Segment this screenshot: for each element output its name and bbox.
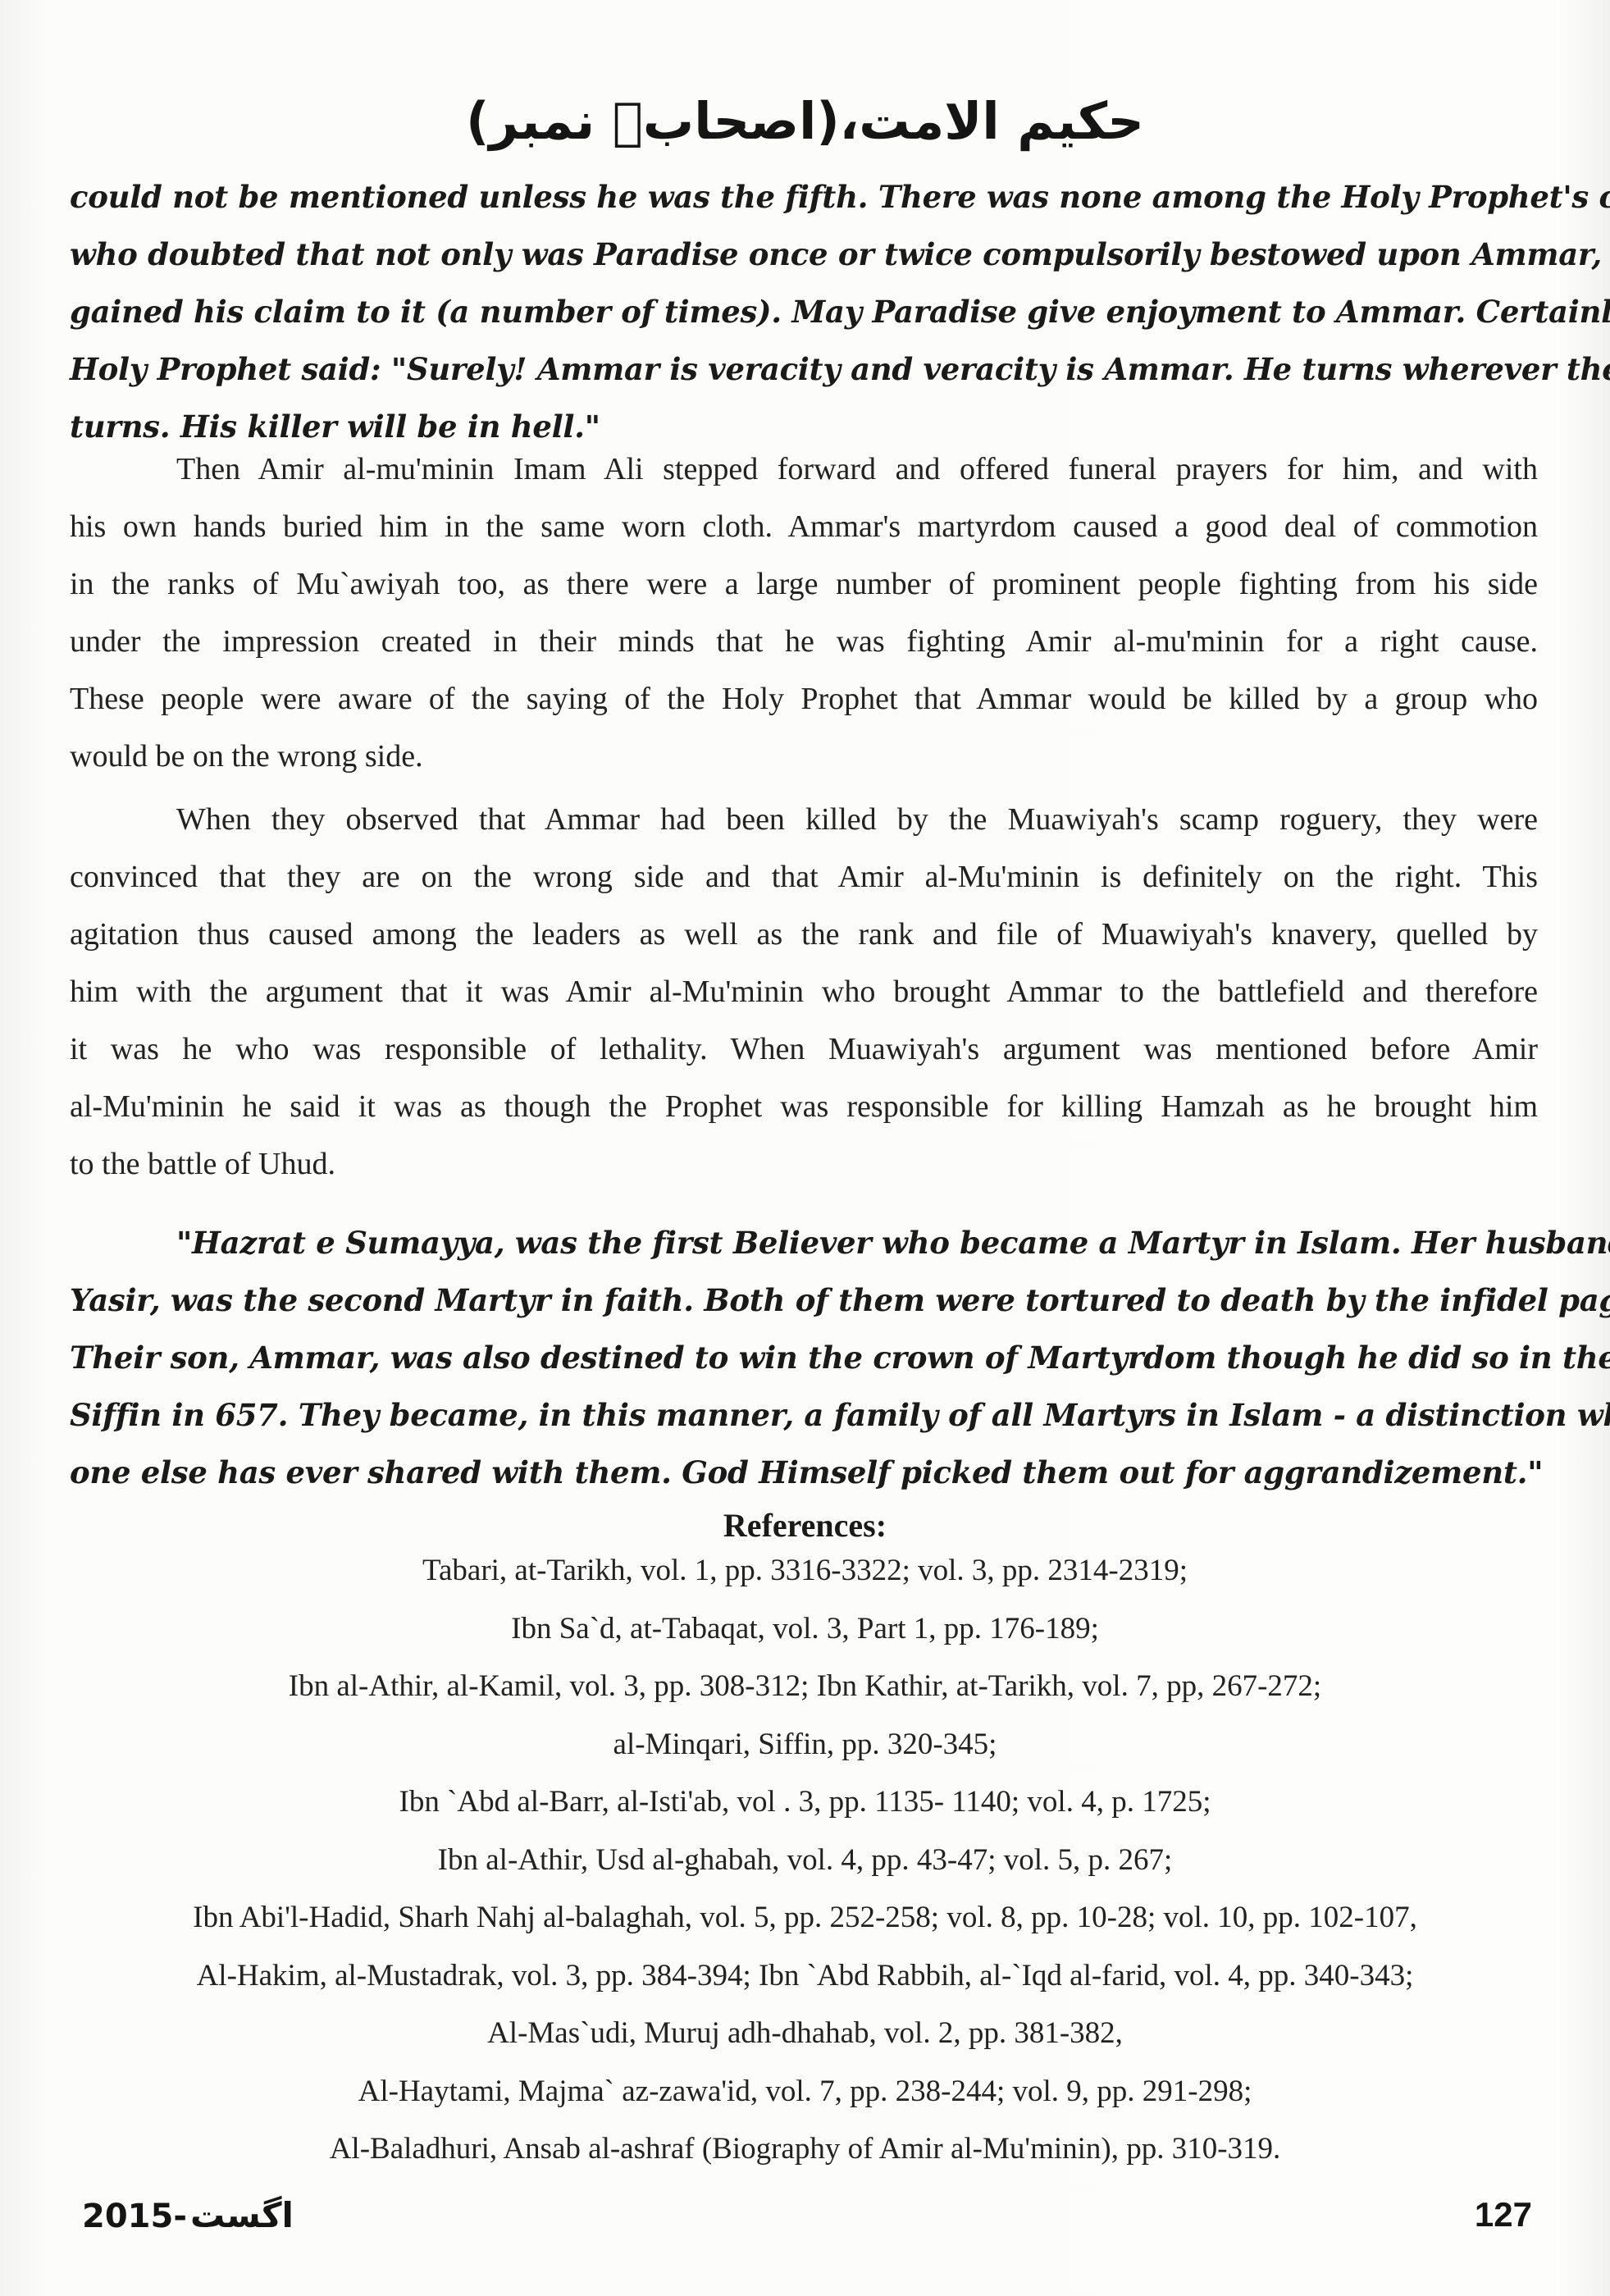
quote-block-ammar-veracity: could not be mentioned unless he was the… xyxy=(70,168,1538,455)
quote-line: who doubted that not only was Paradise o… xyxy=(70,226,1538,283)
reference-item: Ibn al-Athir, Usd al-ghabah, vol. 4, pp.… xyxy=(0,1832,1610,1890)
paragraph-funeral: Then Amir al-mu'minin Imam Ali stepped f… xyxy=(70,440,1538,785)
page-number: 127 xyxy=(1475,2195,1532,2234)
reference-item: Ibn Sa`d, at-Tabaqat, vol. 3, Part 1, pp… xyxy=(0,1600,1610,1659)
reference-item: Ibn `Abd al-Barr, al-Isti'ab, vol . 3, p… xyxy=(0,1773,1610,1832)
reference-item: Ibn al-Athir, al-Kamil, vol. 3, pp. 308-… xyxy=(0,1658,1610,1716)
reference-item: al-Minqari, Siffin, pp. 320-345; xyxy=(0,1716,1610,1774)
quote-line: one else has ever shared with them. God … xyxy=(70,1444,1538,1501)
quote-block-family-of-martyrs: "Hazrat e Sumayya, was the first Believe… xyxy=(70,1214,1538,1501)
reference-item: Al-Mas`udi, Muruj adh-dhahab, vol. 2, pp… xyxy=(0,2005,1610,2063)
reference-item: Al-Hakim, al-Mustadrak, vol. 3, pp. 384-… xyxy=(0,1947,1610,2006)
document-page: حکیم الامت،(اصحابؑ نمبر) could not be me… xyxy=(0,0,1610,2296)
quote-line: gained his claim to it (a number of time… xyxy=(70,283,1538,340)
quote-line: could not be mentioned unless he was the… xyxy=(70,168,1538,226)
quote-line: Yasir, was the second Martyr in faith. B… xyxy=(70,1271,1538,1329)
paragraph-line: would be on the wrong side. xyxy=(70,728,1538,785)
paragraph-line: in the ranks of Mu`awiyah too, as there … xyxy=(70,555,1538,613)
footer-month: اگست xyxy=(190,2195,294,2235)
paragraph-line: al-Mu'minin he said it was as though the… xyxy=(70,1078,1538,1135)
paragraph-line: convinced that they are on the wrong sid… xyxy=(70,848,1538,906)
reference-item: Tabari, at-Tarikh, vol. 1, pp. 3316-3322… xyxy=(0,1542,1610,1600)
quote-line: "Hazrat e Sumayya, was the first Believe… xyxy=(70,1214,1538,1271)
paragraph-line: under the impression created in their mi… xyxy=(70,613,1538,670)
footer-year: 2015- xyxy=(82,2198,187,2235)
references-list: Tabari, at-Tarikh, vol. 1, pp. 3316-3322… xyxy=(0,1542,1610,2179)
reference-item: Al-Haytami, Majma` az-zawa'id, vol. 7, p… xyxy=(0,2063,1610,2121)
reference-item: Al-Baladhuri, Ansab al-ashraf (Biography… xyxy=(0,2120,1610,2179)
paragraph-line: agitation thus caused among the leaders … xyxy=(70,906,1538,963)
paragraph-line: to the battle of Uhud. xyxy=(70,1135,1538,1193)
page-header-title: حکیم الامت،(اصحابؑ نمبر) xyxy=(0,89,1610,154)
paragraph-line: him with the argument that it was Amir a… xyxy=(70,963,1538,1020)
quote-line: Their son, Ammar, was also destined to w… xyxy=(70,1329,1538,1386)
paragraph-line: When they observed that Ammar had been k… xyxy=(70,791,1538,848)
quote-line: Siffin in 657. They became, in this mann… xyxy=(70,1386,1538,1444)
paragraph-line: Then Amir al-mu'minin Imam Ali stepped f… xyxy=(70,440,1538,498)
reference-item: Ibn Abi'l-Hadid, Sharh Nahj al-balaghah,… xyxy=(0,1889,1610,1947)
paragraph-line: it was he who was responsible of lethali… xyxy=(70,1020,1538,1078)
quote-line: Holy Prophet said: "Surely! Ammar is ver… xyxy=(70,340,1538,398)
paragraph-line: his own hands buried him in the same wor… xyxy=(70,498,1538,555)
footer-issue-date: 2015- اگست xyxy=(82,2195,294,2235)
paragraph-muawiyah-argument: When they observed that Ammar had been k… xyxy=(70,791,1538,1193)
paragraph-line: These people were aware of the saying of… xyxy=(70,670,1538,728)
